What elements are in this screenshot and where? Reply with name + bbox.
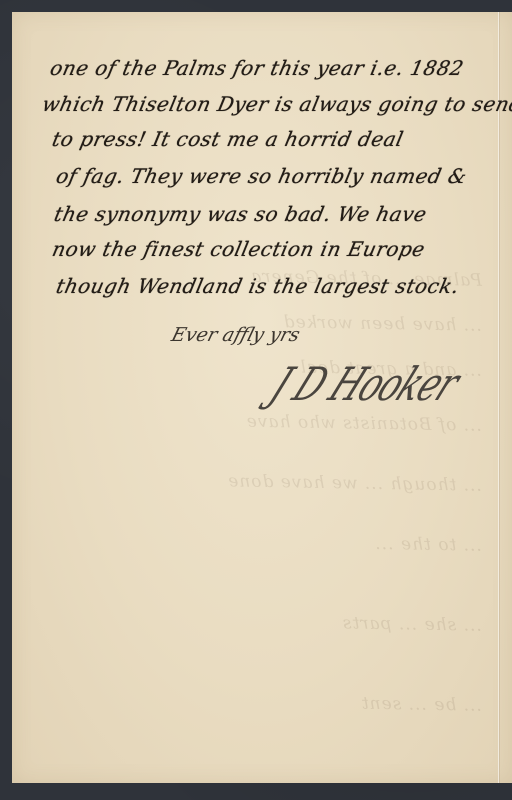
letter-line: now the finest collection in Europe xyxy=(50,237,427,261)
bleed-through-line: ... though ... we have done xyxy=(52,468,482,496)
fold-line xyxy=(498,12,499,783)
letter-line: to press! It cost me a horrid deal xyxy=(50,127,406,151)
bleed-through-line: ... she ... parts xyxy=(52,608,482,636)
letter-line: which Thiselton Dyer is always going to … xyxy=(40,92,512,116)
signature: J D Hooker xyxy=(262,358,467,412)
letter-line: of fag. They were so horribly named & xyxy=(54,164,469,188)
bleed-through-line: ... be ... sent xyxy=(52,688,482,716)
bleed-through-line: ... of Botanists who have xyxy=(52,408,482,436)
letter-page: Palmae ... of the Genera ... have been w… xyxy=(12,12,512,783)
letter-line: though Wendland is the largest stock. xyxy=(54,274,462,298)
bleed-through-line: ... to the ... xyxy=(52,528,482,556)
letter-closing: Ever affly yrs xyxy=(169,324,302,346)
letter-line: one of the Palms for this year i.e. 1882 xyxy=(48,56,466,80)
letter-line: the synonymy was so bad. We have xyxy=(52,202,429,226)
